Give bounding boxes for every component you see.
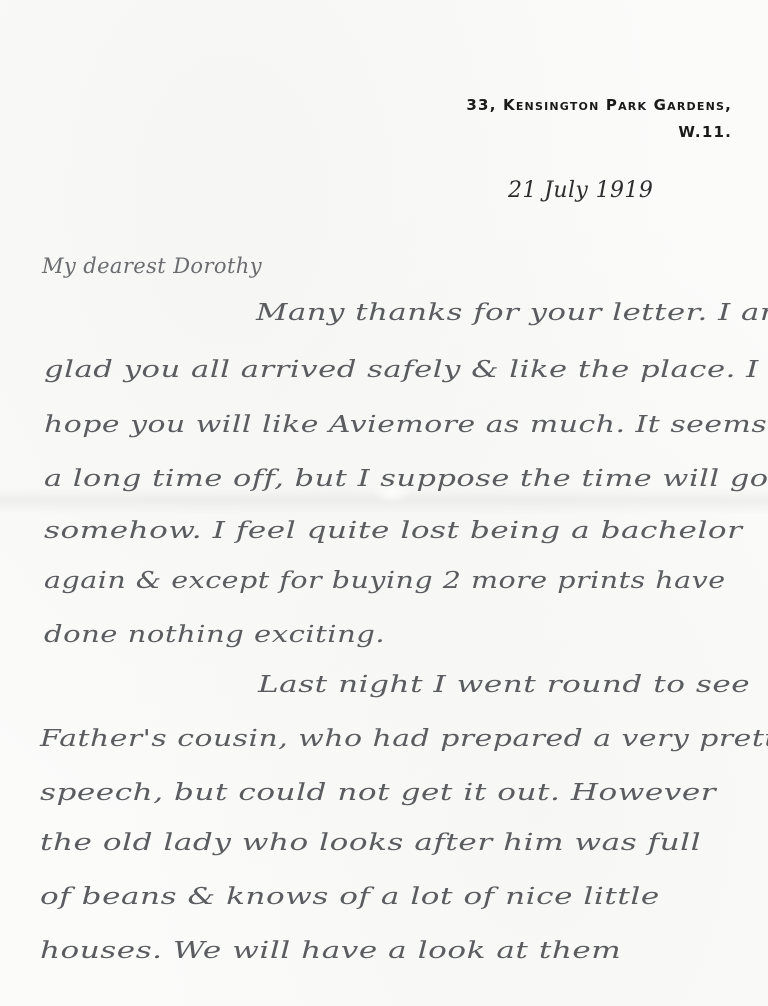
letter-line: the old lady who looks after him was ful…	[40, 830, 701, 856]
letter-salutation: My dearest Dorothy	[42, 254, 262, 278]
letter-line: speech, but could not get it out. Howeve…	[40, 780, 716, 806]
letter-line: of beans & knows of a lot of nice little	[40, 884, 660, 910]
letter-line: somehow. I feel quite lost being a bache…	[44, 518, 743, 544]
letterhead-postcode: W.11.	[466, 123, 732, 141]
letter-line: Many thanks for your letter. I am	[256, 300, 768, 326]
letter-line: done nothing exciting.	[44, 622, 385, 648]
letterhead: 33, Kensington Park Gardens, W.11.	[466, 96, 732, 141]
letter-line: glad you all arrived safely & like the p…	[44, 357, 759, 383]
letter-line: Father's cousin, who had prepared a very…	[40, 726, 768, 752]
letter-line: again & except for buying 2 more prints …	[44, 568, 726, 594]
letter-line: houses. We will have a look at them	[40, 938, 621, 964]
letter-line: a long time off, but I suppose the time …	[44, 466, 768, 492]
letter-line: hope you will like Aviemore as much. It …	[44, 412, 767, 438]
letter-line: Last night I went round to see	[258, 672, 750, 698]
letter-page: 33, Kensington Park Gardens, W.11. 21 Ju…	[0, 0, 768, 1006]
letter-date: 21 July 1919	[508, 178, 653, 203]
letterhead-address: 33, Kensington Park Gardens,	[466, 96, 732, 114]
